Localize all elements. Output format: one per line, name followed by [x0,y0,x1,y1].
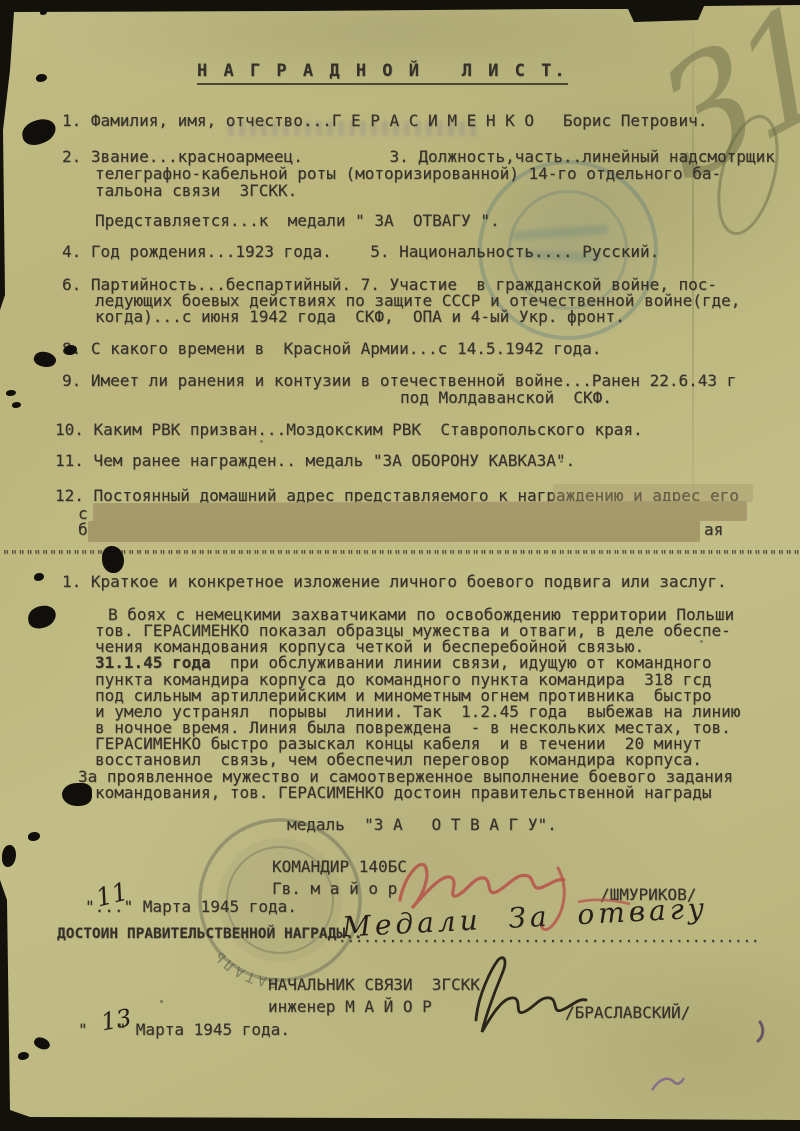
field-prior-awards: 11. Чем ранее награжден.. медаль "ЗА ОБО… [55,452,575,469]
field-birth-nationality: 4. Год рождения...1923 года. 5. Национал… [62,243,659,260]
ink-blot [102,546,124,573]
ink-comma-mark [750,1020,770,1044]
purple-scribble [648,1068,688,1098]
chief-rank: инженер М А Й О Р [268,998,432,1015]
date-line-1: "..." Марта 1945 года. [85,898,297,915]
feat-section-heading: 1. Краткое и конкретное изложение личног… [62,573,727,590]
redaction-block [88,521,700,542]
scanned-award-sheet: { "page": { "corner_number": "316" }, "t… [0,0,800,1131]
feat-line: 31.1.45 года при обслуживании линии связ… [95,654,712,671]
feat-line: восстановил связь, чем обеспечил перегов… [95,751,702,768]
ink-blot [62,783,92,806]
worthy-of-award-line: ДОСТОИН ПРАВИТЕЛЬСТВЕННОЙ НАГРАДЫ.. [57,926,363,943]
field-drafted-by: 10. Каким РВК призван...Моздокским РВК С… [55,421,643,438]
document-title: Н А Г Р А Д Н О Й Л И С Т. [197,63,568,85]
redaction-overlay [553,484,753,502]
field-presented-for: Представляется...к медали " ЗА ОТВАГУ ". [95,212,500,229]
field-wounds-cont: под Молдаванской СКФ. [400,389,612,406]
field-rank-position: 2. Звание...красноармеец. 3. Должность,ч… [62,148,775,165]
redaction-block [93,501,747,523]
field-address-suffix: ая [704,521,723,538]
feat-line: командования, тов. ГЕРАСИМЕНКО достоин п… [95,784,712,801]
paper-speck [560,460,563,463]
chief-signature-ink [448,952,598,1047]
field-name: 1. Фамилия, имя, отчество...Г Е Р А С И … [62,112,707,129]
paper-speck [160,1000,163,1003]
commander-rank: Гв. м а й о р [272,880,397,897]
field-army-since: 8. С какого времени в Красной Армии...с … [62,340,601,357]
field-wounds: 9. Имеет ли ранения и контузии в отечест… [62,372,736,389]
paper-speck [260,440,263,443]
date-line-2: " " Марта 1945 года. [78,1021,290,1038]
field-position-cont2: тальона связи ЗГСКК. [95,182,297,199]
field-address-line3: б [78,521,88,538]
field-war-cont2: когда)...с июня 1942 года СКФ, ОПА и 4-ы… [95,308,625,325]
field-position-cont: телеграфно-кабельной роты (моторизирован… [95,165,721,182]
paper-speck [700,640,703,643]
